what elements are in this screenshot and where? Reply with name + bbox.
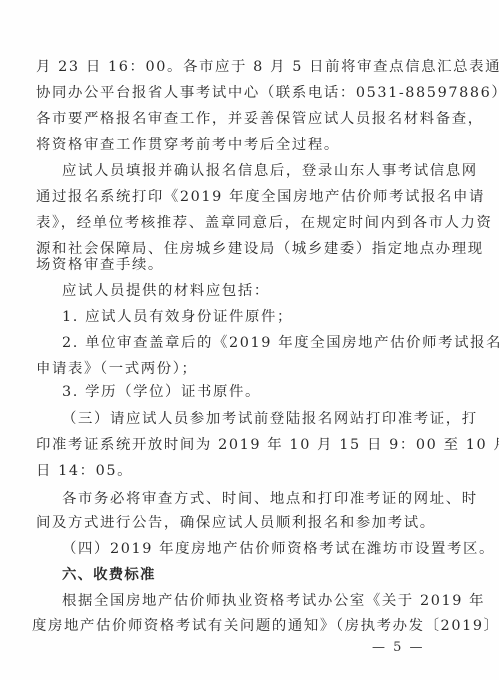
body-line: 月 23 日 16：00。各市应于 8 月 5 日前将审查点信息汇总表通过 [36,58,436,76]
list-item: 2. 单位审查盖章后的《2019 年度全国房地产估价师考试报名 [62,334,462,352]
body-line: （四）2019 年度房地产估价师资格考试在潍坊市设置考区。 [62,540,462,558]
list-item: 1. 应试人员有效身份证件原件； [62,308,462,326]
body-line: 间及方式进行公告，确保应试人员顺利报名和参加考试。 [36,514,436,532]
section-heading: 六、收费标准 [62,566,462,584]
body-line: 根据全国房地产估价师执业资格考试办公室《关于 2019 年 [62,592,462,610]
body-line: 度房地产估价师资格考试有关问题的通知》（房执考办发〔2019〕 [32,617,432,635]
body-line: 场资格审查手续。 [36,256,436,274]
body-line: 申请表》（一式两份）； [36,360,436,378]
document-page: 月 23 日 16：00。各市应于 8 月 5 日前将审查点信息汇总表通过 协同… [0,0,499,680]
body-line: 应试人员提供的材料应包括： [62,282,462,300]
body-line: 表》，经单位考核推荐、盖章同意后，在规定时间内到各市人力资 [36,214,436,232]
body-line: 通过报名系统打印《2019 年度全国房地产估价师考试报名申请 [36,188,436,206]
body-line: 协同办公平台报省人事考试中心（联系电话：0531-88597886）。 [36,84,436,102]
body-line: 印准考证系统开放时间为 2019 年 10 月 15 日 9：00 至 10 月… [36,436,436,454]
body-line: （三）请应试人员参加考试前登陆报名网站打印准考证，打 [62,410,462,428]
page-number: — 5 — [372,640,425,655]
body-line: 应试人员填报并确认报名信息后，登录山东人事考试信息网 [62,162,462,180]
body-line: 各市务必将审查方式、时间、地点和打印准考证的网址、时 [62,490,462,508]
list-item: 3. 学历（学位）证书原件。 [62,383,462,401]
body-line: 日 14：05。 [36,462,436,480]
body-line: 将资格审查工作贯穿考前考中考后全过程。 [36,136,436,154]
body-line: 各市要严格报名审查工作，并妥善保管应试人员报名材料备查， [36,110,436,128]
